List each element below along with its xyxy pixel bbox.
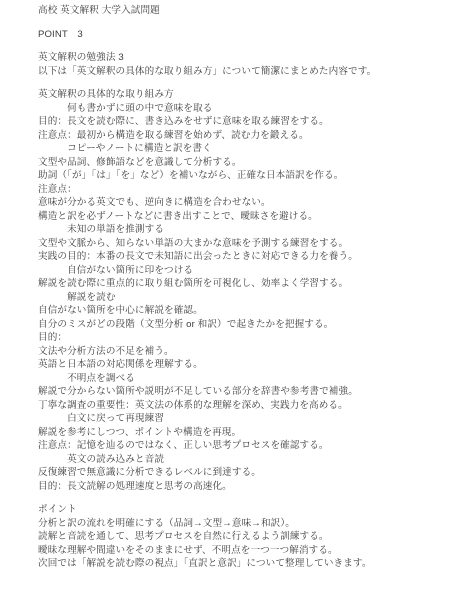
text-line: 注意点：: [38, 183, 445, 197]
text-line: 不明点を調べる: [38, 372, 445, 386]
text-line: 英文解釈の具体的な取り組み方: [38, 88, 445, 102]
text-line: [38, 493, 445, 503]
text-line: 何も書かずに頭の中で意味を取る: [38, 102, 445, 116]
text-line: 自信がない箇所に印をつける: [38, 264, 445, 278]
text-line: 高校 英文解釈 大学入試問題: [38, 4, 445, 18]
text-line: 英語と日本語の対応関係を理解する。: [38, 358, 445, 372]
page: 高校 英文解釈 大学入試問題POINT 3英文解釈の勉強法 3以下は「英文解釈の…: [0, 0, 455, 600]
text-line: 次回では「解説を読む際の視点」「直訳と意訳」について整理していきます。: [38, 557, 445, 571]
text-line: 意味が分かる英文でも、逆向きに構造を合わせない。: [38, 196, 445, 210]
text-line: 反復練習で無意識に分析できるレベルに到達する。: [38, 466, 445, 480]
text-line: [38, 78, 445, 88]
text-line: 英文解釈の勉強法 3: [38, 51, 445, 65]
text-line: 丁寧な調査の重要性：英文法の体系的な理解を深め、実践力を高める。: [38, 399, 445, 413]
text-line: 英文の読み込みと音読: [38, 453, 445, 467]
text-line: 曖昧な理解や間違いをそのままにせず、不明点を一つ一つ解消する。: [38, 544, 445, 558]
text-line: 目的：長文読解の処理速度と思考の高速化。: [38, 480, 445, 494]
text-line: 助詞（「が」「は」「を」など）を補いながら、正確な日本語訳を作る。: [38, 169, 445, 183]
text-line: [38, 41, 445, 51]
text-line: 実践の目的：本番の長文で未知語に出会ったときに対応できる力を養う。: [38, 250, 445, 264]
text-line: 自信がない箇所を中心に解説を確認。: [38, 304, 445, 318]
text-line: 文型や文脈から、知らない単語の大まかな意味を予測する練習をする。: [38, 237, 445, 251]
text-line: 文型や品詞、修飾語などを意識して分析する。: [38, 156, 445, 170]
text-line: POINT 3: [38, 28, 445, 42]
text-line: 以下は「英文解釈の具体的な取り組み方」について簡潔にまとめた内容です。: [38, 65, 445, 79]
text-line: 解説を読む: [38, 291, 445, 305]
text-line: 目的：長文を読む際に、書き込みをせずに意味を取る練習をする。: [38, 115, 445, 129]
text-line: 注意点：記憶を辿るのではなく、正しい思考プロセスを確認する。: [38, 439, 445, 453]
document-body: 高校 英文解釈 大学入試問題POINT 3英文解釈の勉強法 3以下は「英文解釈の…: [0, 0, 455, 571]
text-line: 自分のミスがどの段階（文型分析 or 和訳）で起きたかを把握する。: [38, 318, 445, 332]
text-line: 解説で分からない箇所や説明が不足している部分を辞書や参考書で補強。: [38, 385, 445, 399]
text-line: ポイント: [38, 503, 445, 517]
text-line: 目的：: [38, 331, 445, 345]
text-line: 解説を読む際に重点的に取り組む箇所を可視化し、効率よく学習する。: [38, 277, 445, 291]
text-line: 分析と訳の流れを明確にする（品詞→文型→意味→和訳）。: [38, 517, 445, 531]
text-line: 読解と音読を通して、思考プロセスを自然に行えるよう訓練する。: [38, 530, 445, 544]
text-line: コピーやノートに構造と訳を書く: [38, 142, 445, 156]
text-line: 未知の単語を推測する: [38, 223, 445, 237]
text-line: 注意点：最初から構造を取る練習を始めず、読む力を鍛える。: [38, 129, 445, 143]
text-line: 解説を参考にしつつ、ポイントや構造を再現。: [38, 426, 445, 440]
text-line: 文法や分析方法の不足を補う。: [38, 345, 445, 359]
text-line: [38, 18, 445, 28]
text-line: 構造と訳を必ずノートなどに書き出すことで、曖昧さを避ける。: [38, 210, 445, 224]
text-line: 白文に戻って再現練習: [38, 412, 445, 426]
